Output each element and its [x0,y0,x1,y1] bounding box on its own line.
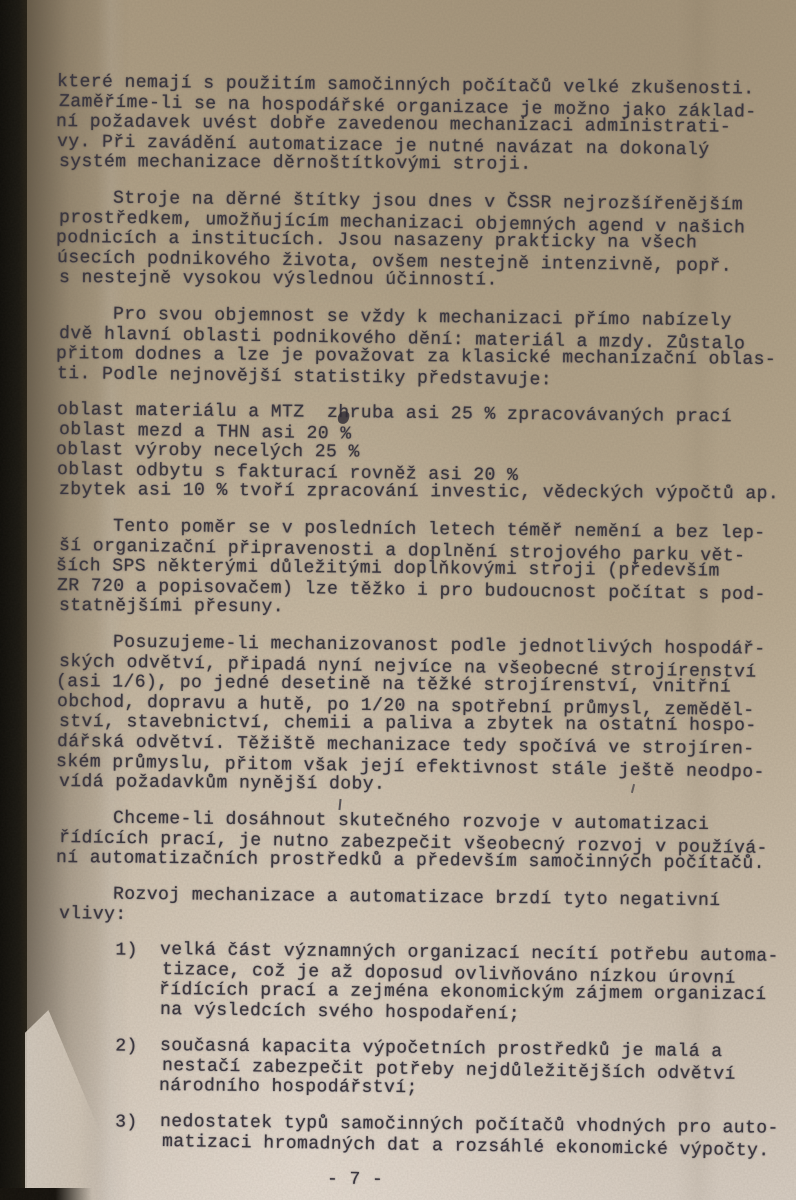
text-line: s nestejně vysokou výslednou účinností. [59,268,796,292]
text-line: statnějšími přesuny. [59,596,796,620]
bottom-left-dark-corner [0,1188,92,1200]
paragraph-4: Tento poměr se v posledních letech téměř… [57,516,796,616]
page-number: - 7 - [327,1170,383,1190]
distribution-list: oblast materiálu a MTZ zhruba asi 25 % z… [57,400,796,500]
item-number-2: 2) [57,1036,161,1097]
numbered-item-2: 2) současná kapacita výpočetních prostře… [57,1036,796,1096]
text-line: národního hospodářství; [159,1076,796,1101]
item-number-3: 3) [57,1112,160,1153]
typewritten-text-block: které nemají s použitím samočinných počí… [0,0,796,1188]
paragraph-6: Chceme-li dosáhnout skutečného rozvoje v… [57,808,796,868]
paragraph-5: Posuzujeme-li mechanizovanost podle jedn… [57,632,796,792]
page-number-row: - 7 - [57,1168,796,1193]
paragraph-7: Rozvoj mechanizace a automatizace brzdí … [57,884,796,924]
numbered-item-1: 1) velká část významných organizací necí… [57,940,796,1020]
paragraph-2: Stroje na děrné štítky jsou dnes v ČSSR … [57,188,796,288]
scanned-document-page: které nemají s použitím samočinných počí… [0,0,796,1200]
paragraph-1: které nemají s použitím samočinných počí… [57,72,796,172]
text-line: systém mechanizace děrnoštítkovými stroj… [59,152,796,176]
numbered-item-3: 3) nedostatek typů samočinných počítačů … [57,1112,796,1152]
item-number-1: 1) [57,940,161,1021]
paragraph-3: Pro svou objemnost se vždy k mechanizaci… [57,304,796,384]
text-line: zbytek asi 10 % tvoří zpracování investi… [59,480,796,504]
